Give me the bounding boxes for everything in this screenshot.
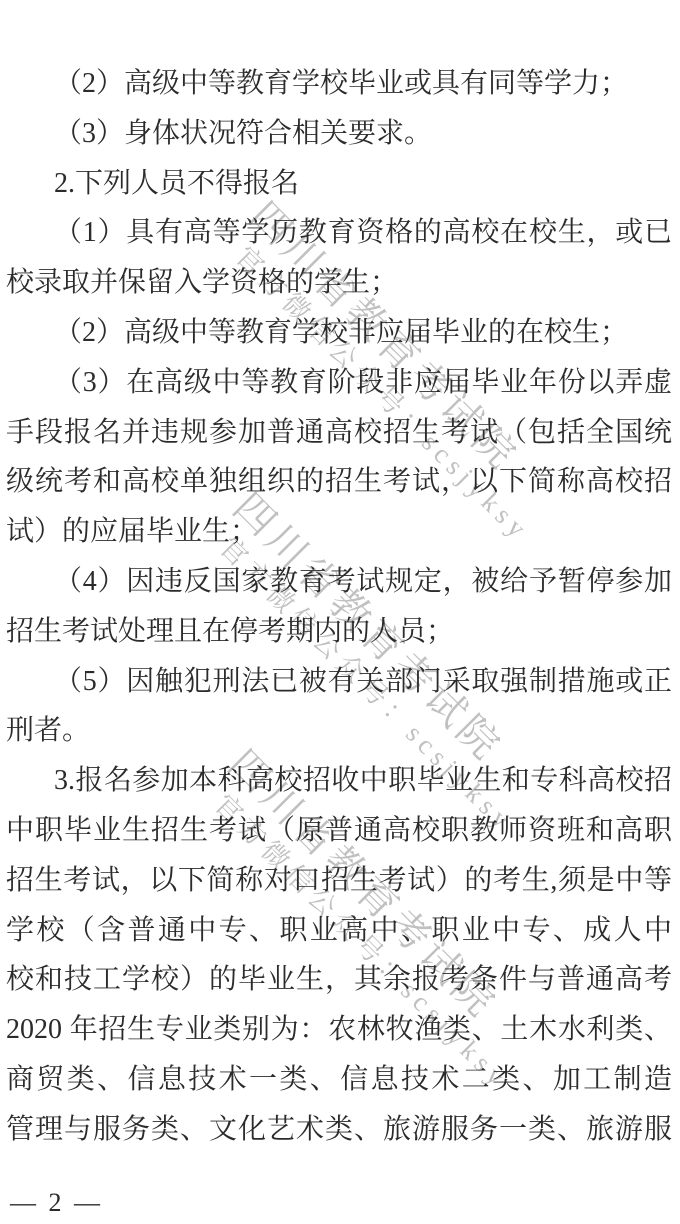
doc-line: 中职毕业生招生考试（原普通高校职教师资班和高职班对口 bbox=[6, 806, 672, 856]
doc-line: 级统考和高校单独组织的招生考试，以下简称高校招生考 bbox=[6, 457, 672, 507]
doc-line: 试）的应届毕业生； bbox=[6, 507, 672, 557]
doc-line: 刑者。 bbox=[6, 706, 672, 756]
doc-line: 3.报名参加本科高校招收中职毕业生和专科高校招收 bbox=[6, 756, 672, 806]
doc-line: （5）因触犯刑法已被有关部门采取强制措施或正在服 bbox=[6, 657, 672, 707]
doc-line: （3）身体状况符合相关要求。 bbox=[6, 109, 672, 159]
doc-line: 2.下列人员不得报名 bbox=[6, 159, 672, 209]
doc-line: 商贸类、信息技术一类、信息技术二类、加工制造类、公共 bbox=[6, 1055, 672, 1105]
document-body: （2）高级中等教育学校毕业或具有同等学力； （3）身体状况符合相关要求。 2.下… bbox=[6, 59, 672, 1155]
doc-line: 校和技工学校）的毕业生，其余报考条件与普通高考相同。 bbox=[6, 955, 672, 1005]
document-page: 四川省教育考试院 官方微信公众号：scsjyksy 四川省教育考试院 官方微信公… bbox=[0, 0, 680, 1224]
doc-line: 2020 年招生专业类别为：农林牧渔类、土木水利类、财经 bbox=[6, 1005, 672, 1055]
doc-line: （4）因违反国家教育考试规定，被给予暂停参加高校 bbox=[6, 557, 672, 607]
doc-line: 校录取并保留入学资格的学生； bbox=[6, 258, 672, 308]
doc-line: 学校（含普通中专、职业高中、职业中专、成人中专、中师 bbox=[6, 906, 672, 956]
doc-line: （2）高级中等教育学校非应届毕业的在校生； bbox=[6, 308, 672, 358]
doc-line: （3）在高级中等教育阶段非应届毕业年份以弄虚作假 bbox=[6, 358, 672, 408]
doc-line: 招生考试处理且在停考期内的人员； bbox=[6, 607, 672, 657]
doc-line: 招生考试，以下简称对口招生考试）的考生,须是中等职业 bbox=[6, 856, 672, 906]
doc-line: 管理与服务类、文化艺术类、旅游服务一类、旅游服务二类、 bbox=[6, 1105, 672, 1155]
doc-line: 手段报名并违规参加普通高校招生考试（包括全国统考、省 bbox=[6, 408, 672, 458]
page-number: — 2 — bbox=[10, 1188, 103, 1218]
doc-line: （2）高级中等教育学校毕业或具有同等学力； bbox=[6, 59, 672, 109]
doc-line: （1）具有高等学历教育资格的高校在校生，或已被高 bbox=[6, 208, 672, 258]
